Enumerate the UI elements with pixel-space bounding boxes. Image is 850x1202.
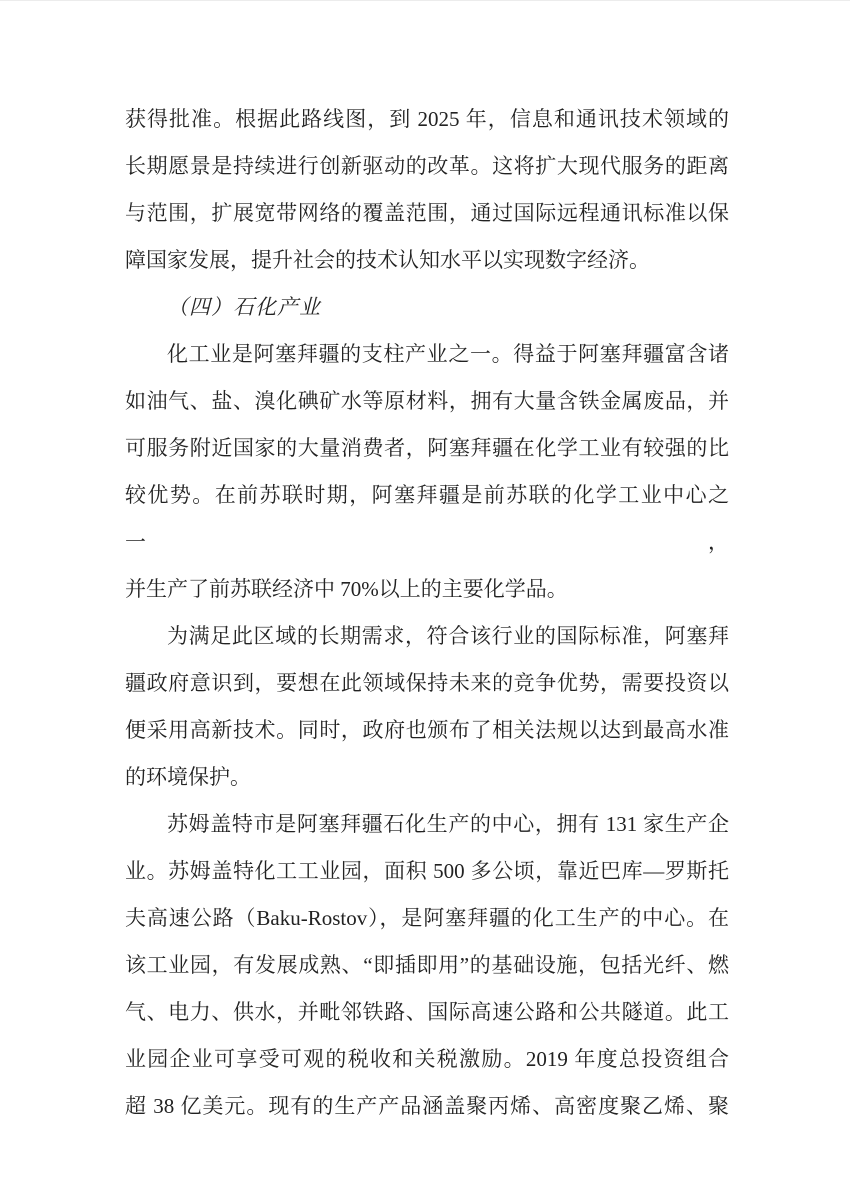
section-heading-petrochemical: （四）石化产业 [125, 284, 729, 331]
text-line: 获得批准。根据此路线图，到 2025 年，信息和通讯技术领域的 [125, 96, 729, 143]
text-line: 便采用高新技术。同时，政府也颁布了相关法规以达到最高水准 [125, 707, 729, 754]
text-line: 业。苏姆盖特化工工业园，面积 500 多公顷，靠近巴库—罗斯托 [125, 848, 729, 895]
text-line: 为满足此区域的长期需求，符合该行业的国际标准，阿塞拜 [125, 613, 729, 660]
text-line: 业园企业可享受可观的税收和关税激励。2019 年度总投资组合 [125, 1036, 729, 1083]
text-line: 该工业园，有发展成熟、“即插即用”的基础设施，包括光纤、燃 [125, 942, 729, 989]
text-line: 如油气、盐、溴化碘矿水等原材料，拥有大量含铁金属废品，并 [125, 378, 729, 425]
text-line: 化工业是阿塞拜疆的支柱产业之一。得益于阿塞拜疆富含诸 [125, 331, 729, 378]
text-line: 超 38 亿美元。现有的生产产品涵盖聚丙烯、高密度聚乙烯、聚 [125, 1083, 729, 1130]
text-line: 苏姆盖特市是阿塞拜疆石化生产的中心，拥有 131 家生产企 [125, 801, 729, 848]
section-heading: （四）石化产业 [125, 284, 729, 331]
text-line: 与范围，扩展宽带网络的覆盖范围，通过国际远程通讯标准以保 [125, 190, 729, 237]
text-line: 较优势。在前苏联时期，阿塞拜疆是前苏联的化学工业中心之一， [125, 472, 729, 566]
text-line: 夫高速公路（Baku-Rostov），是阿塞拜疆的化工生产的中心。在 [125, 895, 729, 942]
document-page: 获得批准。根据此路线图，到 2025 年，信息和通讯技术领域的 长期愿景是持续进… [0, 0, 850, 1202]
text-line: 的环境保护。 [125, 754, 729, 801]
text-line: 疆政府意识到，要想在此领域保持未来的竞争优势，需要投资以 [125, 660, 729, 707]
paragraph-government-investment: 为满足此区域的长期需求，符合该行业的国际标准，阿塞拜 疆政府意识到，要想在此领域… [125, 613, 729, 801]
text-line: 可服务附近国家的大量消费者，阿塞拜疆在化学工业有较强的比 [125, 425, 729, 472]
paragraph-chemical-industry: 化工业是阿塞拜疆的支柱产业之一。得益于阿塞拜疆富含诸 如油气、盐、溴化碘矿水等原… [125, 331, 729, 613]
paragraph-ict-roadmap: 获得批准。根据此路线图，到 2025 年，信息和通讯技术领域的 长期愿景是持续进… [125, 96, 729, 284]
paragraph-sumgait-park: 苏姆盖特市是阿塞拜疆石化生产的中心，拥有 131 家生产企 业。苏姆盖特化工工业… [125, 801, 729, 1130]
text-line: 气、电力、供水，并毗邻铁路、国际高速公路和公共隧道。此工 [125, 989, 729, 1036]
text-line: 障国家发展，提升社会的技术认知水平以实现数字经济。 [125, 237, 729, 284]
text-line: 长期愿景是持续进行创新驱动的改革。这将扩大现代服务的距离 [125, 143, 729, 190]
text-line: 并生产了前苏联经济中 70%以上的主要化学品。 [125, 566, 729, 613]
